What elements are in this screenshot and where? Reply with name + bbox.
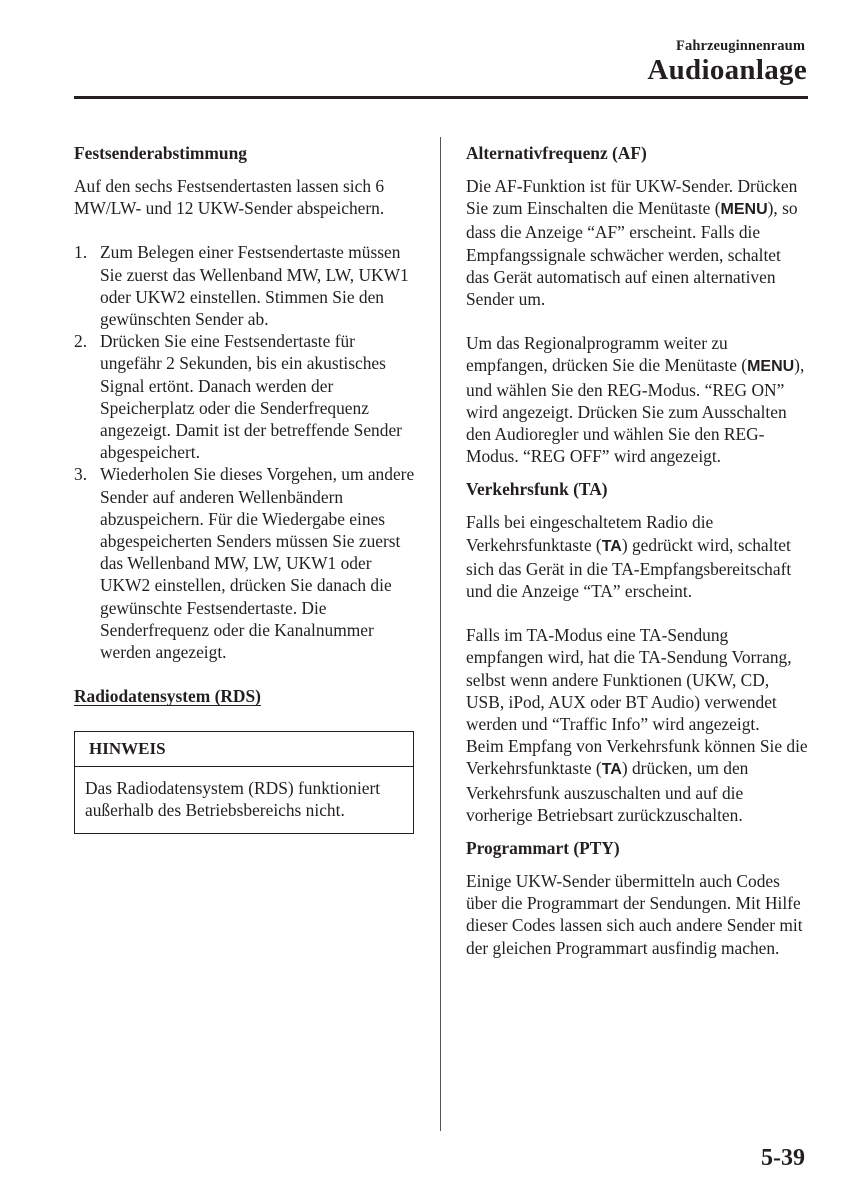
left-column: Festsenderabstimmung Auf den sechs Fests…: [74, 142, 416, 834]
ta-section: Verkehrsfunk (TA) Falls bei eingeschalte…: [466, 478, 808, 826]
ta-key-label: TA: [602, 538, 622, 555]
step-number: 3.: [74, 463, 87, 485]
header-rule: [74, 96, 808, 99]
step-text: Wiederholen Sie dieses Vorgehen, um ande…: [100, 464, 414, 662]
rds-heading: Radiodatensystem (RDS): [74, 685, 416, 707]
preset-section: Festsenderabstimmung Auf den sechs Fests…: [74, 142, 416, 663]
preset-intro: Auf den sechs Festsendertasten lassen si…: [74, 175, 416, 219]
column-divider: [440, 137, 441, 1131]
preset-heading: Festsenderabstimmung: [74, 142, 416, 164]
af-heading: Alternativfrequenz (AF): [466, 142, 808, 164]
step-item: 2. Drücken Sie eine Festsendertaste für …: [74, 330, 416, 463]
ta-paragraph-3: Beim Empfang von Verkehrsfunk können Sie…: [466, 735, 808, 826]
page-number: 5-39: [761, 1145, 805, 1172]
af-paragraph-1: Die AF-Funktion ist für UKW-Sender. Drüc…: [466, 175, 808, 310]
note-text: Das Radiodatensystem (RDS) funktioniert …: [75, 767, 413, 832]
note-label: HINWEIS: [75, 732, 413, 767]
rds-section: Radiodatensystem (RDS) HINWEIS Das Radio…: [74, 685, 416, 833]
step-item: 3. Wiederholen Sie dieses Vorgehen, um a…: [74, 463, 416, 663]
af-section: Alternativfrequenz (AF) Die AF-Funktion …: [466, 142, 808, 467]
pty-section: Programmart (PTY) Einige UKW-Sender über…: [466, 837, 808, 959]
pty-heading: Programmart (PTY): [466, 837, 808, 859]
page-title: Audioanlage: [647, 54, 807, 87]
menu-key-label: MENU: [721, 201, 768, 218]
step-text: Zum Belegen einer Festsendertaste müssen…: [100, 242, 409, 329]
text-run: Um das Regionalprogramm weiter zu empfan…: [466, 333, 747, 375]
right-column: Alternativfrequenz (AF) Die AF-Funktion …: [466, 142, 808, 981]
menu-key-label: MENU: [747, 358, 794, 375]
step-number: 1.: [74, 241, 87, 263]
ta-paragraph-2: Falls im TA-Modus eine TA-Sendung empfan…: [466, 624, 808, 735]
ta-key-label: TA: [602, 761, 622, 778]
step-text: Drücken Sie eine Festsendertaste für ung…: [100, 331, 402, 462]
pty-paragraph: Einige UKW-Sender übermitteln auch Codes…: [466, 870, 808, 959]
af-paragraph-2: Um das Regionalprogramm weiter zu empfan…: [466, 332, 808, 467]
step-number: 2.: [74, 330, 87, 352]
note-box: HINWEIS Das Radiodatensystem (RDS) funkt…: [74, 731, 414, 833]
ta-heading: Verkehrsfunk (TA): [466, 478, 808, 500]
preset-steps: 1. Zum Belegen einer Festsendertaste müs…: [74, 241, 416, 663]
section-label: Fahrzeuginnenraum: [676, 38, 805, 55]
step-item: 1. Zum Belegen einer Festsendertaste müs…: [74, 241, 416, 330]
ta-paragraph-1: Falls bei eingeschaltetem Radio die Verk…: [466, 511, 808, 602]
